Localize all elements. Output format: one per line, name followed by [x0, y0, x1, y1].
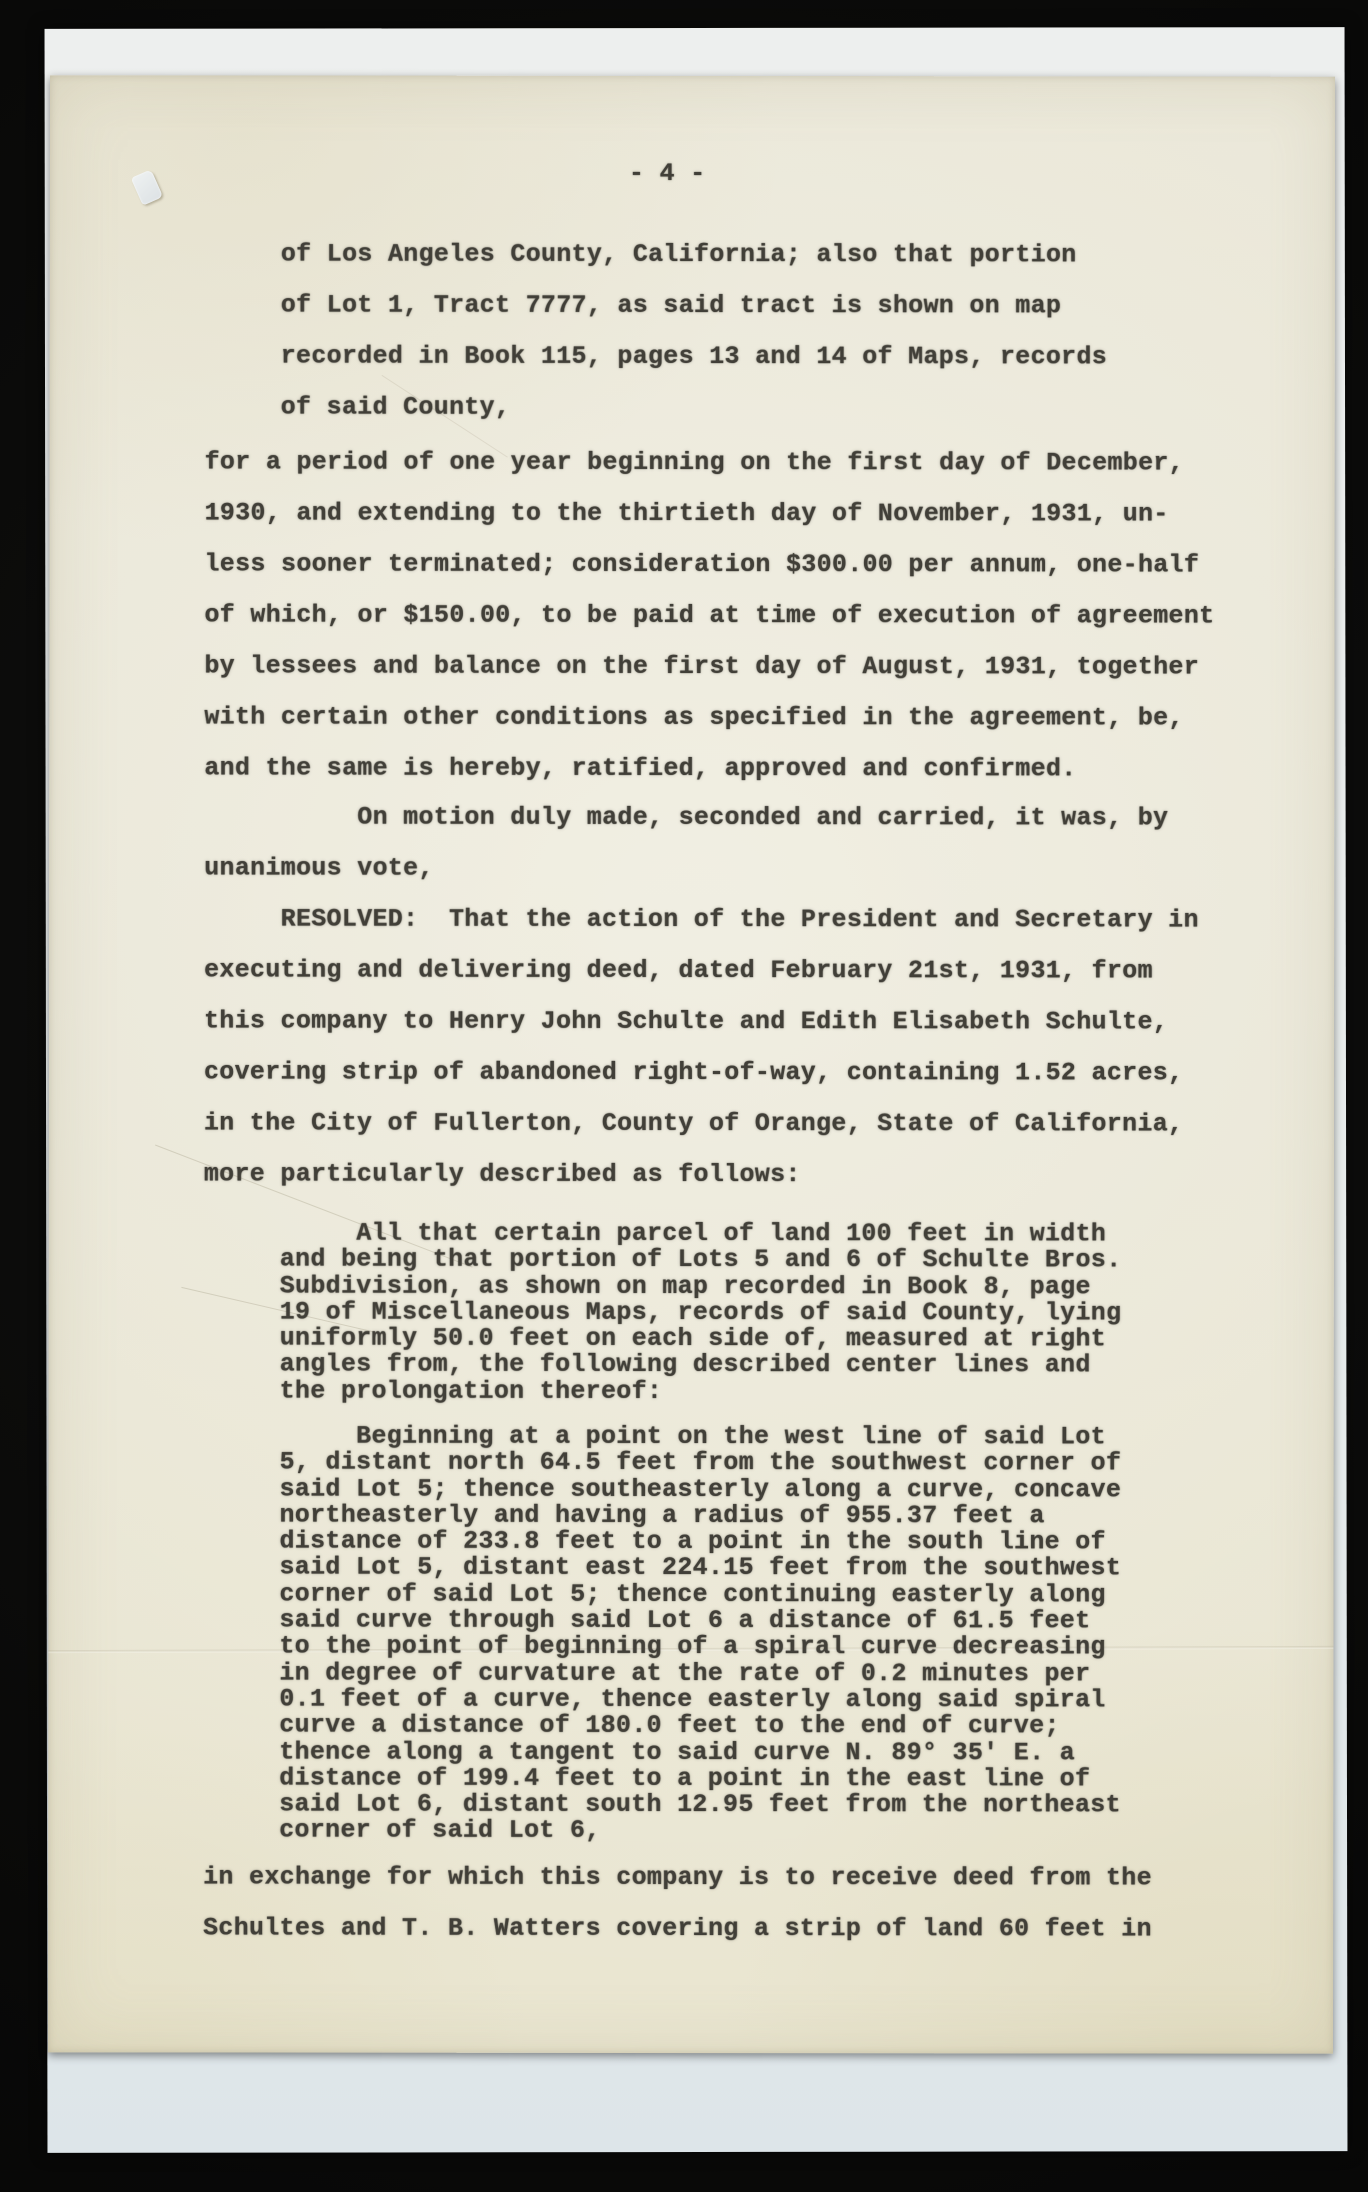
- text-line: with certain other conditions as specifi…: [204, 691, 1214, 743]
- text-line: corner of said Lot 5; thence continuing …: [279, 1581, 1121, 1608]
- lease-paragraph: for a period of one year beginning on th…: [204, 436, 1214, 794]
- text-line: Subdivision, as shown on map recorded in…: [280, 1273, 1122, 1300]
- text-line: more particularly described as follows:: [204, 1148, 1199, 1200]
- text-line: thence along a tangent to said curve N. …: [279, 1739, 1121, 1766]
- text-line: and being that portion of Lots 5 and 6 o…: [280, 1247, 1122, 1274]
- text-line: unanimous vote,: [204, 842, 1168, 894]
- text-line: 0.1 feet of a curve, thence easterly alo…: [279, 1687, 1121, 1714]
- text-line: the prolongation thereof:: [280, 1378, 1122, 1405]
- text-line: 5, distant north 64.5 feet from the sout…: [280, 1450, 1122, 1477]
- text-line: of Los Angeles County, California; also …: [281, 229, 1107, 281]
- resolved-paragraph: RESOLVED: That the action of the Preside…: [204, 893, 1199, 1200]
- tract-quote-block: of Los Angeles County, California; also …: [281, 229, 1108, 434]
- text-line: of Lot 1, Tract 7777, as said tract is s…: [281, 280, 1107, 332]
- text-line: northeasterly and having a radius of 955…: [280, 1502, 1122, 1529]
- exchange-paragraph: in exchange for which this company is to…: [203, 1851, 1152, 1954]
- paper-chip-tear: [131, 169, 163, 205]
- scanned-document-scene: - 4 - of Los Angeles County, California;…: [0, 0, 1368, 2192]
- text-line: in exchange for which this company is to…: [203, 1851, 1152, 1903]
- text-line: covering strip of abandoned right-of-way…: [204, 1046, 1199, 1098]
- text-line: corner of said Lot 6,: [279, 1818, 1121, 1845]
- text-line: said Lot 5; thence southeasterly along a…: [280, 1476, 1122, 1503]
- text-line: said Lot 5, distant east 224.15 feet fro…: [279, 1555, 1121, 1582]
- text-line: Beginning at a point on the west line of…: [280, 1424, 1122, 1451]
- typewritten-page: - 4 - of Los Angeles County, California;…: [48, 75, 1335, 2053]
- text-line: this company to Henry John Schulte and E…: [204, 995, 1199, 1047]
- text-line: for a period of one year beginning on th…: [205, 436, 1215, 488]
- page-number: - 4 -: [629, 161, 706, 187]
- page-number-label: - 4 -: [629, 159, 706, 188]
- text-line: executing and delivering deed, dated Feb…: [204, 944, 1199, 996]
- text-line: curve a distance of 180.0 feet to the en…: [279, 1713, 1121, 1740]
- text-line: of said County,: [281, 382, 1107, 434]
- text-line: RESOLVED: That the action of the Preside…: [204, 893, 1199, 945]
- text-line: distance of 199.4 feet to a point in the…: [279, 1765, 1121, 1792]
- text-line: of which, or $150.00, to be paid at time…: [204, 589, 1214, 641]
- text-line: to the point of beginning of a spiral cu…: [279, 1634, 1121, 1661]
- text-line: 1930, and extending to the thirtieth day…: [205, 487, 1215, 539]
- text-line: angles from, the following described cen…: [280, 1352, 1122, 1379]
- text-line: and the same is hereby, ratified, approv…: [204, 742, 1214, 794]
- text-line: recorded in Book 115, pages 13 and 14 of…: [281, 331, 1107, 383]
- text-line: in degree of curvature at the rate of 0.…: [279, 1660, 1121, 1687]
- parcel-description-block: All that certain parcel of land 100 feet…: [280, 1221, 1122, 1406]
- text-line: All that certain parcel of land 100 feet…: [280, 1221, 1122, 1248]
- metes-and-bounds-block: Beginning at a point on the west line of…: [279, 1424, 1121, 1846]
- text-line: by lessees and balance on the first day …: [204, 640, 1214, 692]
- text-line: in the City of Fullerton, County of Oran…: [204, 1097, 1199, 1149]
- text-line: On motion duly made, seconded and carrie…: [204, 791, 1168, 843]
- motion-paragraph: On motion duly made, seconded and carrie…: [204, 791, 1168, 894]
- text-line: Schultes and T. B. Watters covering a st…: [203, 1902, 1152, 1954]
- text-line: 19 of Miscellaneous Maps, records of sai…: [280, 1299, 1122, 1326]
- text-line: less sooner terminated; consideration $3…: [204, 538, 1214, 590]
